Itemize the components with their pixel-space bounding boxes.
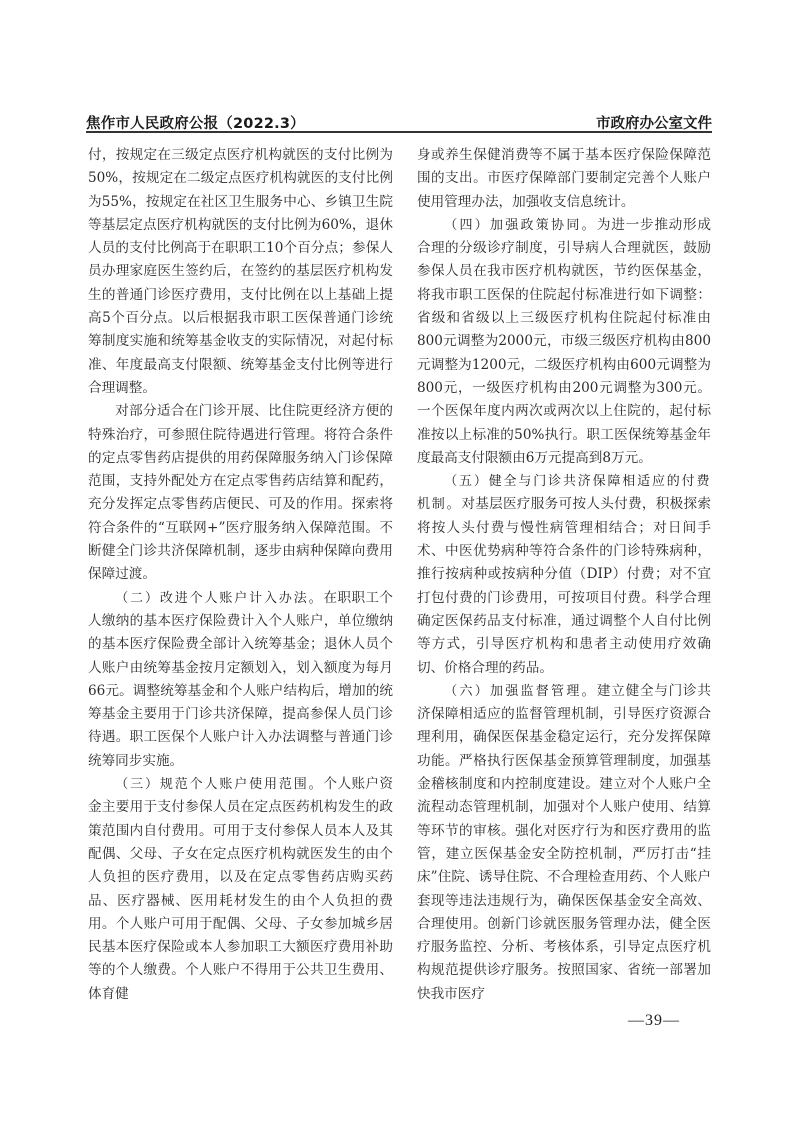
paragraph: 身或养生保健消费等不属于基本医疗保险保障范围的支出。市医疗保障部门要制定完善个人… xyxy=(417,144,711,214)
left-column: 付，按规定在三级定点医疗机构就医的支付比例为50%，按规定在二级定点医疗机构就医… xyxy=(88,144,393,1006)
section-heading: （三）规范个人账户使用范围。 xyxy=(115,777,323,792)
section-paragraph: （五）健全与门诊共济保障相适应的付费机制。对基层医疗服务可按人头付费，积极探索将… xyxy=(417,470,711,680)
section-heading: （四）加强政策协同。 xyxy=(444,218,597,233)
page-header: 焦作市人民政府公报（2022.3） 市政府办公室文件 xyxy=(86,110,712,132)
section-body: 个人账户资金主要用于支付参保人员在定点医药机构发生的政策范围内自付费用。可用于支… xyxy=(88,776,393,1002)
paragraph: 对部分适合在门诊开展、比住院更经济方便的特殊治疗，可参照住院待遇进行管理。将符合… xyxy=(88,400,393,586)
section-paragraph: （二）改进个人账户计入办法。在职职工个人缴纳的基本医疗保险费计入个人账户，单位缴… xyxy=(88,587,393,773)
section-body: 建立健全与门诊共济保障相适应的监督管理机制，引导医疗资源合理利用，确保医保基金稳… xyxy=(417,683,711,1002)
right-column: 身或养生保健消费等不属于基本医疗保险保障范围的支出。市医疗保障部门要制定完善个人… xyxy=(417,144,711,1006)
paragraph: 付，按规定在三级定点医疗机构就医的支付比例为50%，按规定在二级定点医疗机构就医… xyxy=(88,144,393,400)
publication-title: 焦作市人民政府公报（2022.3） xyxy=(86,112,305,133)
section-title: 市政府办公室文件 xyxy=(596,112,712,133)
section-paragraph: （六）加强监督管理。建立健全与门诊共济保障相适应的监督管理机制，引导医疗资源合理… xyxy=(417,680,711,1006)
section-body: 对基层医疗服务可按人头付费，积极探索将按人头付费与慢性病管理相结合；对日间手术、… xyxy=(417,496,711,675)
page-number: —39— xyxy=(628,1012,680,1030)
section-paragraph: （三）规范个人账户使用范围。个人账户资金主要用于支付参保人员在定点医药机构发生的… xyxy=(88,773,393,1006)
section-heading: （二）改进个人账户计入办法。 xyxy=(115,591,323,606)
header-divider xyxy=(86,131,712,133)
section-body: 在职职工个人缴纳的基本医疗保险费计入个人账户，单位缴纳的基本医疗保险费全部计入统… xyxy=(88,590,393,769)
section-paragraph: （四）加强政策协同。为进一步推动形成合理的分级诊疗制度，引导病人合理就医，鼓励参… xyxy=(417,214,711,470)
section-body: 为进一步推动形成合理的分级诊疗制度，引导病人合理就医，鼓励参保人员在我市医疗机构… xyxy=(417,217,711,466)
section-heading: （六）加强监督管理。 xyxy=(444,684,597,699)
